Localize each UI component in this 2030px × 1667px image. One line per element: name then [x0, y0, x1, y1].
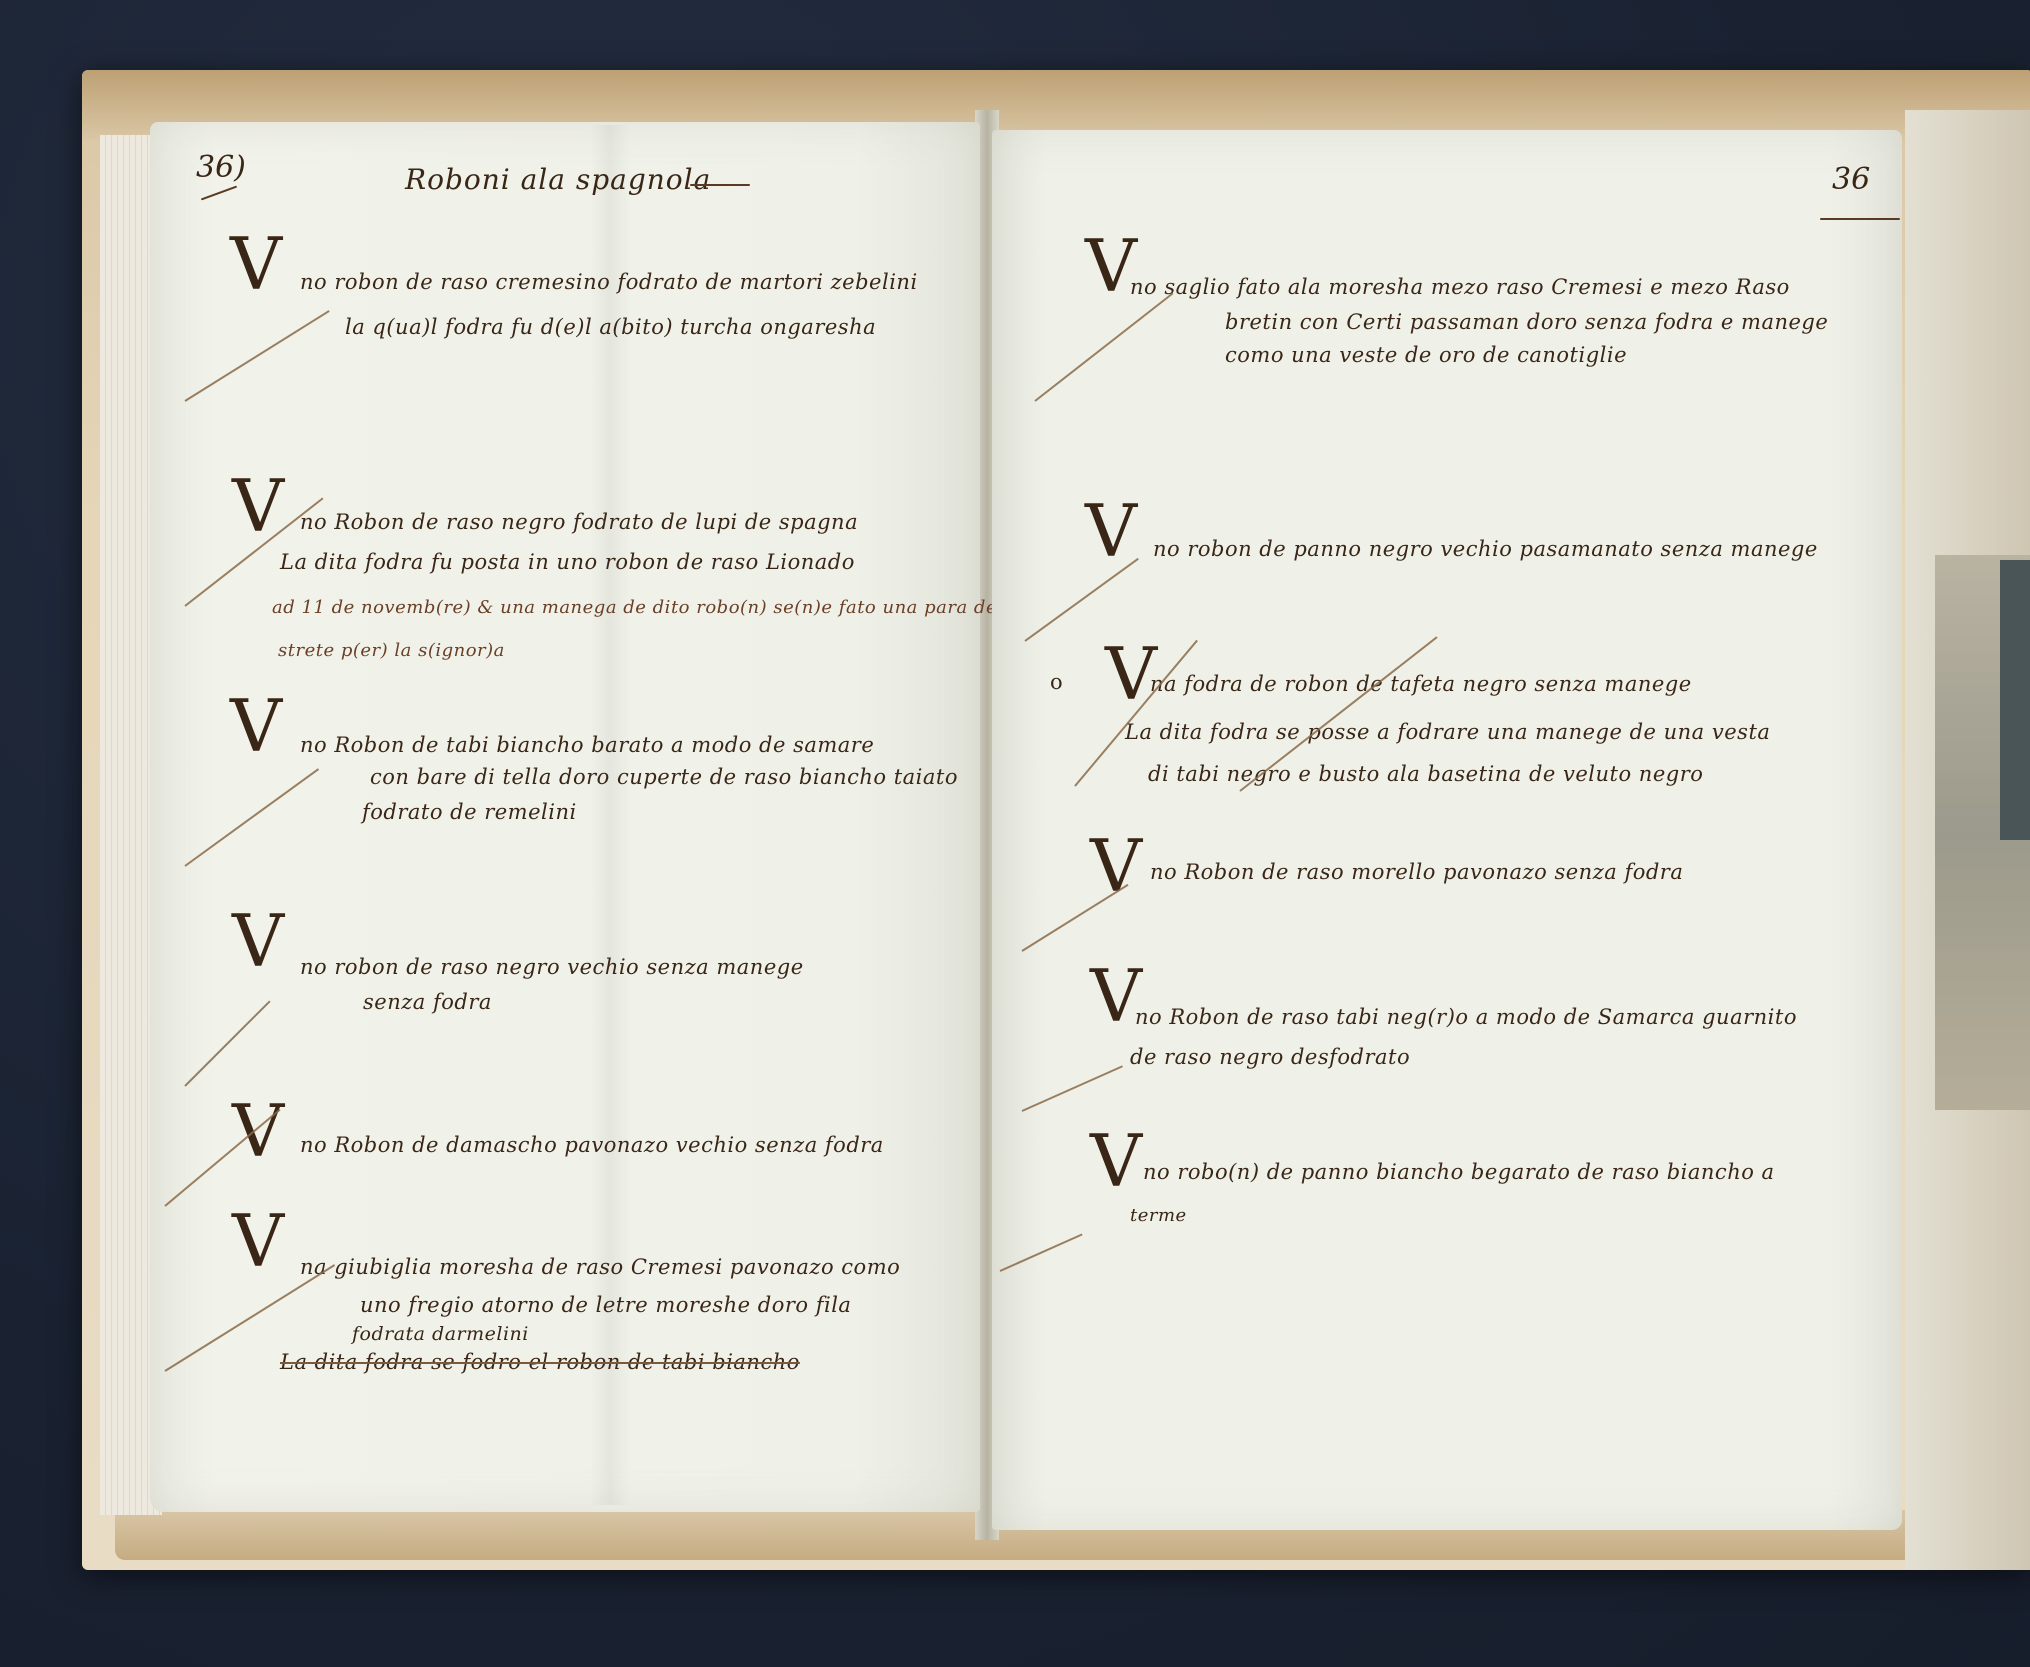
entry-line: uno fregio atorno de letre moreshe doro …	[360, 1293, 851, 1317]
entry-line: no Robon de raso morello pavonazo senza …	[1150, 860, 1683, 884]
left-folio-number: 36)	[196, 150, 246, 185]
cover-flap-tab	[2000, 560, 2030, 840]
folio-flourish	[1820, 218, 1900, 220]
heading-flourish	[690, 184, 750, 186]
entry-line: no Robon de raso negro fodrato de lupi d…	[300, 510, 858, 534]
entry-line: la q(ua)l fodra fu d(e)l a(bito) turcha …	[345, 315, 876, 339]
entry-line: fodrato de remelini	[362, 800, 577, 824]
entry-initial: V	[1085, 495, 1137, 567]
entry-annotation: ad 11 de novemb(re) & una manega de dito…	[272, 597, 1079, 618]
entry-initial: V	[232, 1095, 284, 1167]
page-heading: Roboni ala spagnola	[405, 163, 711, 196]
entry-annotation: strete p(er) la s(ignor)a	[278, 640, 505, 661]
entry-initial: V	[1090, 1125, 1142, 1197]
entry-line: La dita fodra se posse a fodrare una man…	[1125, 720, 1770, 744]
entry-line: no Robon de damascho pavonazo vechio sen…	[300, 1133, 884, 1157]
entry-line: no robo(n) de panno biancho begarato de …	[1143, 1160, 1775, 1184]
entry-line: con bare di tella doro cuperte de raso b…	[370, 765, 958, 789]
entry-line: de raso negro desfodrato	[1130, 1045, 1410, 1069]
entry-initial: V	[232, 470, 284, 542]
entry-line: senza fodra	[363, 990, 492, 1014]
entry-line-struck: La dita fodra se fodro el robon de tabi …	[280, 1350, 800, 1374]
entry-line: terme	[1130, 1205, 1187, 1226]
entry-line: na giubiglia moresha de raso Cremesi pav…	[300, 1255, 900, 1279]
entry-initial: V	[232, 905, 284, 977]
entry-line: no saglio fato ala moresha mezo raso Cre…	[1130, 275, 1790, 299]
entry-line: no robon de raso cremesino fodrato de ma…	[300, 270, 918, 294]
entry-line: bretin con Certi passaman doro senza fod…	[1225, 310, 1828, 334]
entry-line: no robon de panno negro vechio pasamanat…	[1153, 537, 1818, 561]
entry-initial: V	[232, 1205, 284, 1277]
margin-mark: o	[1050, 670, 1063, 694]
entry-line: no Robon de raso tabi neg(r)o a modo de …	[1135, 1005, 1797, 1029]
entry-initial: V	[230, 228, 282, 300]
entry-line: fodrata darmelini	[352, 1323, 529, 1345]
entry-line: como una veste de oro de canotiglie	[1225, 343, 1627, 367]
entry-line: no robon de raso negro vechio senza mane…	[300, 955, 804, 979]
entry-line: La dita fodra fu posta in uno robon de r…	[280, 550, 855, 574]
entry-initial: V	[230, 690, 282, 762]
right-folio-number: 36	[1832, 162, 1870, 197]
entry-line: na fodra de robon de tafeta negro senza …	[1150, 672, 1692, 696]
entry-line: no Robon de tabi biancho barato a modo d…	[300, 733, 874, 757]
entry-line: di tabi negro e busto ala basetina de ve…	[1148, 762, 1703, 786]
